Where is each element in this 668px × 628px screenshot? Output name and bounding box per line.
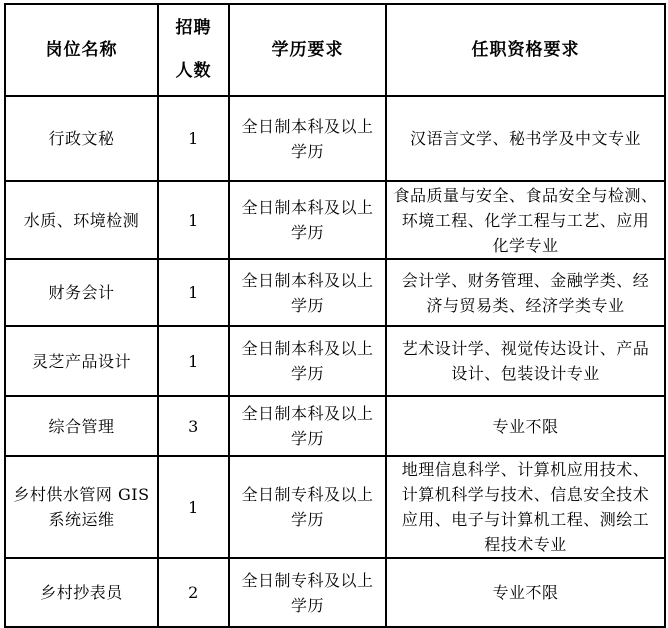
cell-education: 全日制本科及以上 学历 bbox=[229, 326, 386, 396]
cell-education: 全日制本科及以上 学历 bbox=[229, 181, 386, 259]
cell-qualification: 汉语言文学、秘书学及中文专业 bbox=[386, 96, 665, 181]
cell-position: 财务会计 bbox=[5, 259, 158, 326]
table-row: 乡村抄表员 2 全日制专科及以上 学历 专业不限 bbox=[5, 558, 665, 627]
header-qualification: 任职资格要求 bbox=[386, 4, 665, 96]
cell-education: 全日制本科及以上 学历 bbox=[229, 96, 386, 181]
table-row: 乡村供水管网 GIS 系统运维 1 全日制专科及以上 学历 地理信息科学、计算机… bbox=[5, 456, 665, 558]
header-row: 岗位名称 招聘 人数 学历要求 任职资格要求 bbox=[5, 4, 665, 96]
cell-education: 全日制本科及以上 学历 bbox=[229, 259, 386, 326]
header-education: 学历要求 bbox=[229, 4, 386, 96]
cell-qualification: 食品质量与安全、食品安全与检测、 环境工程、化学工程与工艺、应用 化学专业 bbox=[386, 181, 665, 259]
header-position: 岗位名称 bbox=[5, 4, 158, 96]
cell-position: 乡村供水管网 GIS 系统运维 bbox=[5, 456, 158, 558]
cell-position: 综合管理 bbox=[5, 396, 158, 456]
table-row: 水质、环境检测 1 全日制本科及以上 学历 食品质量与安全、食品安全与检测、 环… bbox=[5, 181, 665, 259]
cell-qualification: 专业不限 bbox=[386, 558, 665, 627]
cell-qualification: 地理信息科学、计算机应用技术、 计算机科学与技术、信息安全技术 应用、电子与计算… bbox=[386, 456, 665, 558]
cell-education: 全日制专科及以上 学历 bbox=[229, 558, 386, 627]
recruitment-table: 岗位名称 招聘 人数 学历要求 任职资格要求 行政文秘 1 全日制本科及以上 学… bbox=[4, 3, 666, 628]
cell-education: 全日制专科及以上 学历 bbox=[229, 456, 386, 558]
table-row: 财务会计 1 全日制本科及以上 学历 会计学、财务管理、金融学类、经 济与贸易类… bbox=[5, 259, 665, 326]
cell-qualification: 会计学、财务管理、金融学类、经 济与贸易类、经济学类专业 bbox=[386, 259, 665, 326]
cell-education: 全日制本科及以上 学历 bbox=[229, 396, 386, 456]
cell-qualification: 专业不限 bbox=[386, 396, 665, 456]
cell-headcount: 2 bbox=[158, 558, 229, 627]
cell-position: 水质、环境检测 bbox=[5, 181, 158, 259]
cell-position: 行政文秘 bbox=[5, 96, 158, 181]
cell-headcount: 1 bbox=[158, 181, 229, 259]
cell-position: 乡村抄表员 bbox=[5, 558, 158, 627]
cell-headcount: 3 bbox=[158, 396, 229, 456]
cell-qualification: 艺术设计学、视觉传达设计、产品 设计、包装设计专业 bbox=[386, 326, 665, 396]
cell-headcount: 1 bbox=[158, 456, 229, 558]
table-row: 灵芝产品设计 1 全日制本科及以上 学历 艺术设计学、视觉传达设计、产品 设计、… bbox=[5, 326, 665, 396]
cell-position: 灵芝产品设计 bbox=[5, 326, 158, 396]
table-row: 综合管理 3 全日制本科及以上 学历 专业不限 bbox=[5, 396, 665, 456]
cell-headcount: 1 bbox=[158, 326, 229, 396]
cell-headcount: 1 bbox=[158, 96, 229, 181]
header-headcount: 招聘 人数 bbox=[158, 4, 229, 96]
cell-headcount: 1 bbox=[158, 259, 229, 326]
table-row: 行政文秘 1 全日制本科及以上 学历 汉语言文学、秘书学及中文专业 bbox=[5, 96, 665, 181]
